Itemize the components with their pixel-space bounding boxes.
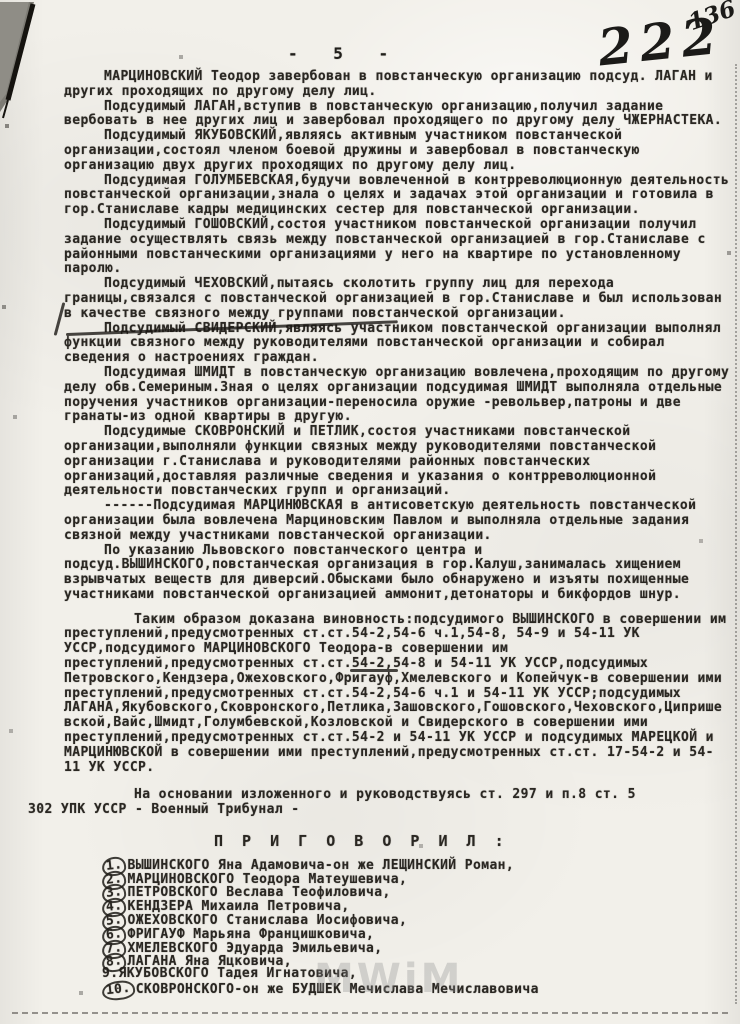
sentenced-person: 5.ОЖЕХОВСКОГО Станислава Иосифовича, [102,912,730,926]
watermark: MWiM [314,956,463,1002]
guilt-paragraph: Таким образом доказана виновность:подсуд… [64,613,730,776]
scan-specks [0,0,2,2]
paragraph: МАРЦИНОВСКИЙ Теодор завербован в повстан… [64,70,730,100]
page-number: - 5 - [288,44,390,63]
paragraph: Подсудимая ГОЛУМБЕВСКАЯ,будучи вовлеченн… [64,174,730,218]
sentenced-person: 3.ПЕТРОВСКОГО Веслава Теофиловича, [102,884,730,898]
paragraph: Подсудимые СКОВРОНСКИЙ и ПЕТЛИК,состоя у… [64,425,730,499]
paragraph: По указанию Львовского повстанческого це… [64,544,730,603]
sentenced-person: 1.ВЫШИНСКОГО Яна Адамовича-он же ЛЕЩИНСК… [102,857,730,871]
sentenced-person: 7.ХМЕЛЕВСКОГО Эдуарда Эмильевича, [102,940,730,954]
scan-corner-artifact [0,0,70,122]
pen-mark-underline-54-6 [350,669,398,672]
sentenced-person: 6.ФРИГАУФ Марьяна Францишковича, [102,926,730,940]
scan-edge-artifact [12,1012,728,1014]
verdict-heading: П Р И Г О В О Р И Л : [214,834,730,849]
circled-number: 10. [101,979,135,1001]
legal-basis-line: 302 УПК УССР - Военный Трибунал - [28,803,730,818]
page-edge-line [735,64,737,1004]
paragraph: ------Подсудимая МАРЦИНЮВСКАЯ в антисове… [64,499,730,543]
paragraph: Подсудимая ШМИДТ в повстанческую организ… [64,366,730,425]
sentenced-person: 4.КЕНДЗЕРА Михаила Петровича, [102,898,730,912]
paragraph: Подсудимый ГОШОВСКИЙ,состоя участником п… [64,218,730,277]
paragraph: Подсудимый ЯКУБОВСКИЙ,являясь активным у… [64,129,730,173]
document-body: МАРЦИНОВСКИЙ Теодор завербован в повстан… [64,70,730,995]
paragraph: Подсудимый ЛАГАН,вступив в повстанческую… [64,100,730,130]
paragraph: Подсудимый ЧЕХОВСКИЙ,пытаясь сколотить г… [64,277,730,321]
document-body-paragraphs: МАРЦИНОВСКИЙ Теодор завербован в повстан… [64,70,730,603]
scanned-document-page: - 5 - 222 136 МАРЦИНОВСКИЙ Теодор заверб… [0,0,740,1024]
legal-basis: На основании изложенного и руководствуяс… [64,788,730,818]
